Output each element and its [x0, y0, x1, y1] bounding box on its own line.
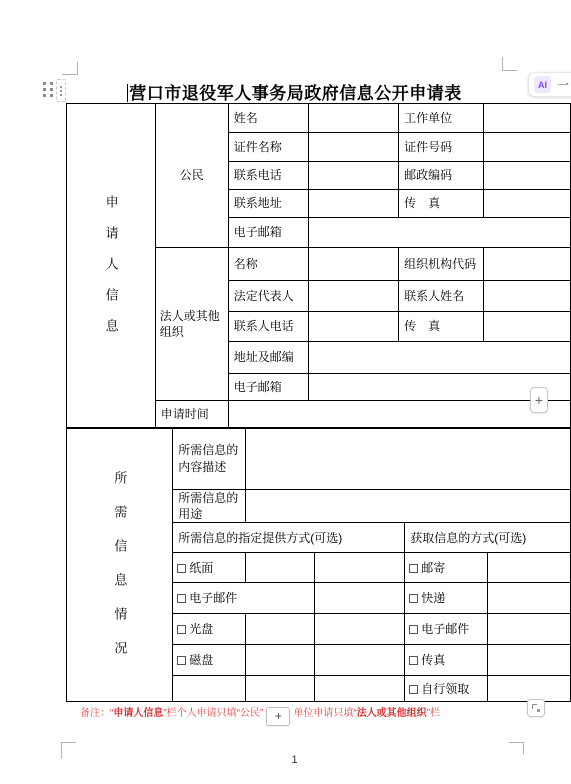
- empty-input-cell[interactable]: [314, 583, 404, 614]
- field-label: 联系地址: [228, 190, 309, 218]
- field-label: 法定代表人: [228, 281, 309, 312]
- section-label-required-info: 所需信息情况: [67, 428, 173, 702]
- empty-input-cell[interactable]: [484, 162, 571, 190]
- empty-input-cell[interactable]: [484, 133, 571, 162]
- empty-input-cell[interactable]: [245, 676, 314, 702]
- required-info-table: 所需信息情况 所需信息的 内容描述 所需信息的 用途 所需信息的指定提供方式(可…: [66, 427, 571, 702]
- ai-icon[interactable]: AI: [534, 76, 551, 93]
- field-label: 邮政编码: [399, 162, 484, 190]
- empty-input-cell[interactable]: [245, 645, 314, 676]
- field-label: 工作单位: [399, 104, 484, 133]
- empty-input-cell[interactable]: [484, 104, 571, 133]
- option-cell-cd[interactable]: 光盘: [173, 614, 245, 645]
- note-text-bold: 申请人信息: [113, 708, 163, 719]
- checkbox-icon[interactable]: [409, 625, 418, 634]
- checkbox-icon[interactable]: [177, 625, 186, 634]
- option-label: 快递: [421, 591, 445, 605]
- note-text: 单位申请只填“: [293, 708, 356, 719]
- option-cell-email-provide[interactable]: 电子邮件: [173, 583, 315, 614]
- empty-input-cell[interactable]: [245, 490, 570, 523]
- field-label: 联系电话: [228, 162, 309, 190]
- checkbox-icon[interactable]: [409, 656, 418, 665]
- empty-input-cell[interactable]: [245, 553, 314, 583]
- section-label-applicant: 申请人信息: [67, 104, 156, 429]
- option-cell-express[interactable]: 快递: [405, 583, 488, 614]
- empty-input-cell[interactable]: [245, 428, 570, 490]
- option-cell-paper[interactable]: 纸面: [173, 553, 245, 583]
- option-cell-fax[interactable]: 传真: [405, 645, 488, 676]
- note-plus-button[interactable]: +: [266, 707, 290, 726]
- empty-input-cell[interactable]: [487, 583, 570, 614]
- empty-input-cell[interactable]: [484, 190, 571, 218]
- empty-input-cell[interactable]: [487, 676, 570, 702]
- remark-note: 备注：“申请人信息”栏个人申请只填“公民”+单位申请只填“法人或其他组织”栏: [80, 704, 540, 726]
- page-title[interactable]: 营口市退役军人事务局政府信息公开申请表: [66, 79, 523, 104]
- empty-input-cell[interactable]: [309, 162, 399, 190]
- field-label-apply-time: 申请时间: [155, 401, 228, 429]
- option-label: 电子邮件: [189, 591, 237, 605]
- empty-input-cell[interactable]: [228, 401, 570, 429]
- empty-input-cell[interactable]: [309, 312, 399, 342]
- page-margin-mark-bottom-right: [509, 742, 524, 754]
- header-obtain-method: 获取信息的方式(可选): [405, 523, 571, 553]
- field-label-purpose: 所需信息的 用途: [173, 490, 245, 523]
- field-label: 电子邮箱: [228, 374, 309, 401]
- page-margin-mark-top-right: [502, 57, 517, 71]
- field-label: 传 真: [399, 190, 484, 218]
- empty-input-cell[interactable]: [309, 248, 399, 281]
- checkbox-icon[interactable]: [177, 564, 186, 573]
- field-label: 地址及邮编: [228, 342, 309, 374]
- checkbox-icon[interactable]: [409, 685, 418, 694]
- field-label: 姓名: [228, 104, 309, 133]
- empty-input-cell[interactable]: [487, 645, 570, 676]
- empty-input-cell[interactable]: [487, 553, 570, 583]
- empty-input-cell[interactable]: [173, 676, 245, 702]
- page-margin-mark-top-left: [62, 62, 78, 75]
- option-label: 自行领取: [421, 682, 469, 696]
- ai-assistant-pill[interactable]: AI 一: [528, 72, 571, 97]
- applicant-info-table: 申请人信息 公民 姓名 工作单位 证件名称 证件号码 联系电话 邮政编码 联系地…: [66, 103, 571, 429]
- option-label: 纸面: [189, 561, 213, 575]
- empty-input-cell[interactable]: [314, 676, 404, 702]
- field-label: 联系人姓名: [399, 281, 484, 312]
- option-label: 磁盘: [189, 653, 213, 667]
- field-label: 名称: [228, 248, 309, 281]
- empty-input-cell[interactable]: [309, 104, 399, 133]
- paragraph-handle-icon[interactable]: [56, 79, 66, 102]
- note-text: ”栏: [427, 708, 440, 719]
- checkbox-icon[interactable]: [409, 564, 418, 573]
- header-provide-method: 所需信息的指定提供方式(可选): [173, 523, 405, 553]
- empty-input-cell[interactable]: [245, 614, 314, 645]
- note-text-bold: 法人或其他组织: [357, 708, 427, 719]
- field-label: 传 真: [399, 312, 484, 342]
- empty-input-cell[interactable]: [484, 281, 571, 312]
- group-label-legal-entity: 法人或其他 组织: [155, 248, 228, 401]
- option-label: 传真: [421, 653, 445, 667]
- empty-input-cell[interactable]: [484, 312, 571, 342]
- fullscreen-button[interactable]: [527, 699, 545, 717]
- option-cell-email-obtain[interactable]: 电子邮件: [405, 614, 488, 645]
- field-label: 证件号码: [399, 133, 484, 162]
- table-drag-handle-icon[interactable]: [43, 82, 53, 97]
- group-label-citizen: 公民: [155, 104, 228, 248]
- empty-input-cell[interactable]: [309, 218, 571, 248]
- empty-input-cell[interactable]: [314, 553, 404, 583]
- empty-input-cell[interactable]: [484, 248, 571, 281]
- empty-input-cell[interactable]: [309, 342, 571, 374]
- option-cell-disk[interactable]: 磁盘: [173, 645, 245, 676]
- page-title-text: 营口市退役军人事务局政府信息公开申请表: [129, 84, 462, 103]
- empty-input-cell[interactable]: [309, 190, 399, 218]
- field-label: 组织机构代码: [399, 248, 484, 281]
- option-cell-self-pickup[interactable]: 自行领取: [405, 676, 488, 702]
- field-label: 电子邮箱: [228, 218, 309, 248]
- note-text: ”栏个人申请只填“公民”: [163, 708, 263, 719]
- field-label: 证件名称: [228, 133, 309, 162]
- page-number: 1: [66, 754, 523, 766]
- note-text: 备注：“: [80, 708, 113, 719]
- checkbox-icon[interactable]: [409, 594, 418, 603]
- option-label: 光盘: [189, 622, 213, 636]
- option-label: 电子邮件: [421, 622, 469, 636]
- empty-input-cell[interactable]: [314, 614, 404, 645]
- expand-icon: [537, 709, 540, 712]
- checkbox-icon[interactable]: [177, 656, 186, 665]
- empty-input-cell[interactable]: [487, 614, 570, 645]
- option-label: 邮寄: [421, 561, 445, 575]
- checkbox-icon[interactable]: [177, 594, 186, 603]
- field-label: 联系人电话: [228, 312, 309, 342]
- option-cell-mail[interactable]: 邮寄: [405, 553, 488, 583]
- empty-input-cell[interactable]: [309, 133, 399, 162]
- field-label-content-description: 所需信息的 内容描述: [173, 428, 245, 490]
- ai-menu-text[interactable]: 一: [557, 76, 569, 93]
- table-insert-plus-button[interactable]: +: [530, 387, 548, 413]
- empty-input-cell[interactable]: [309, 281, 399, 312]
- empty-input-cell[interactable]: [314, 645, 404, 676]
